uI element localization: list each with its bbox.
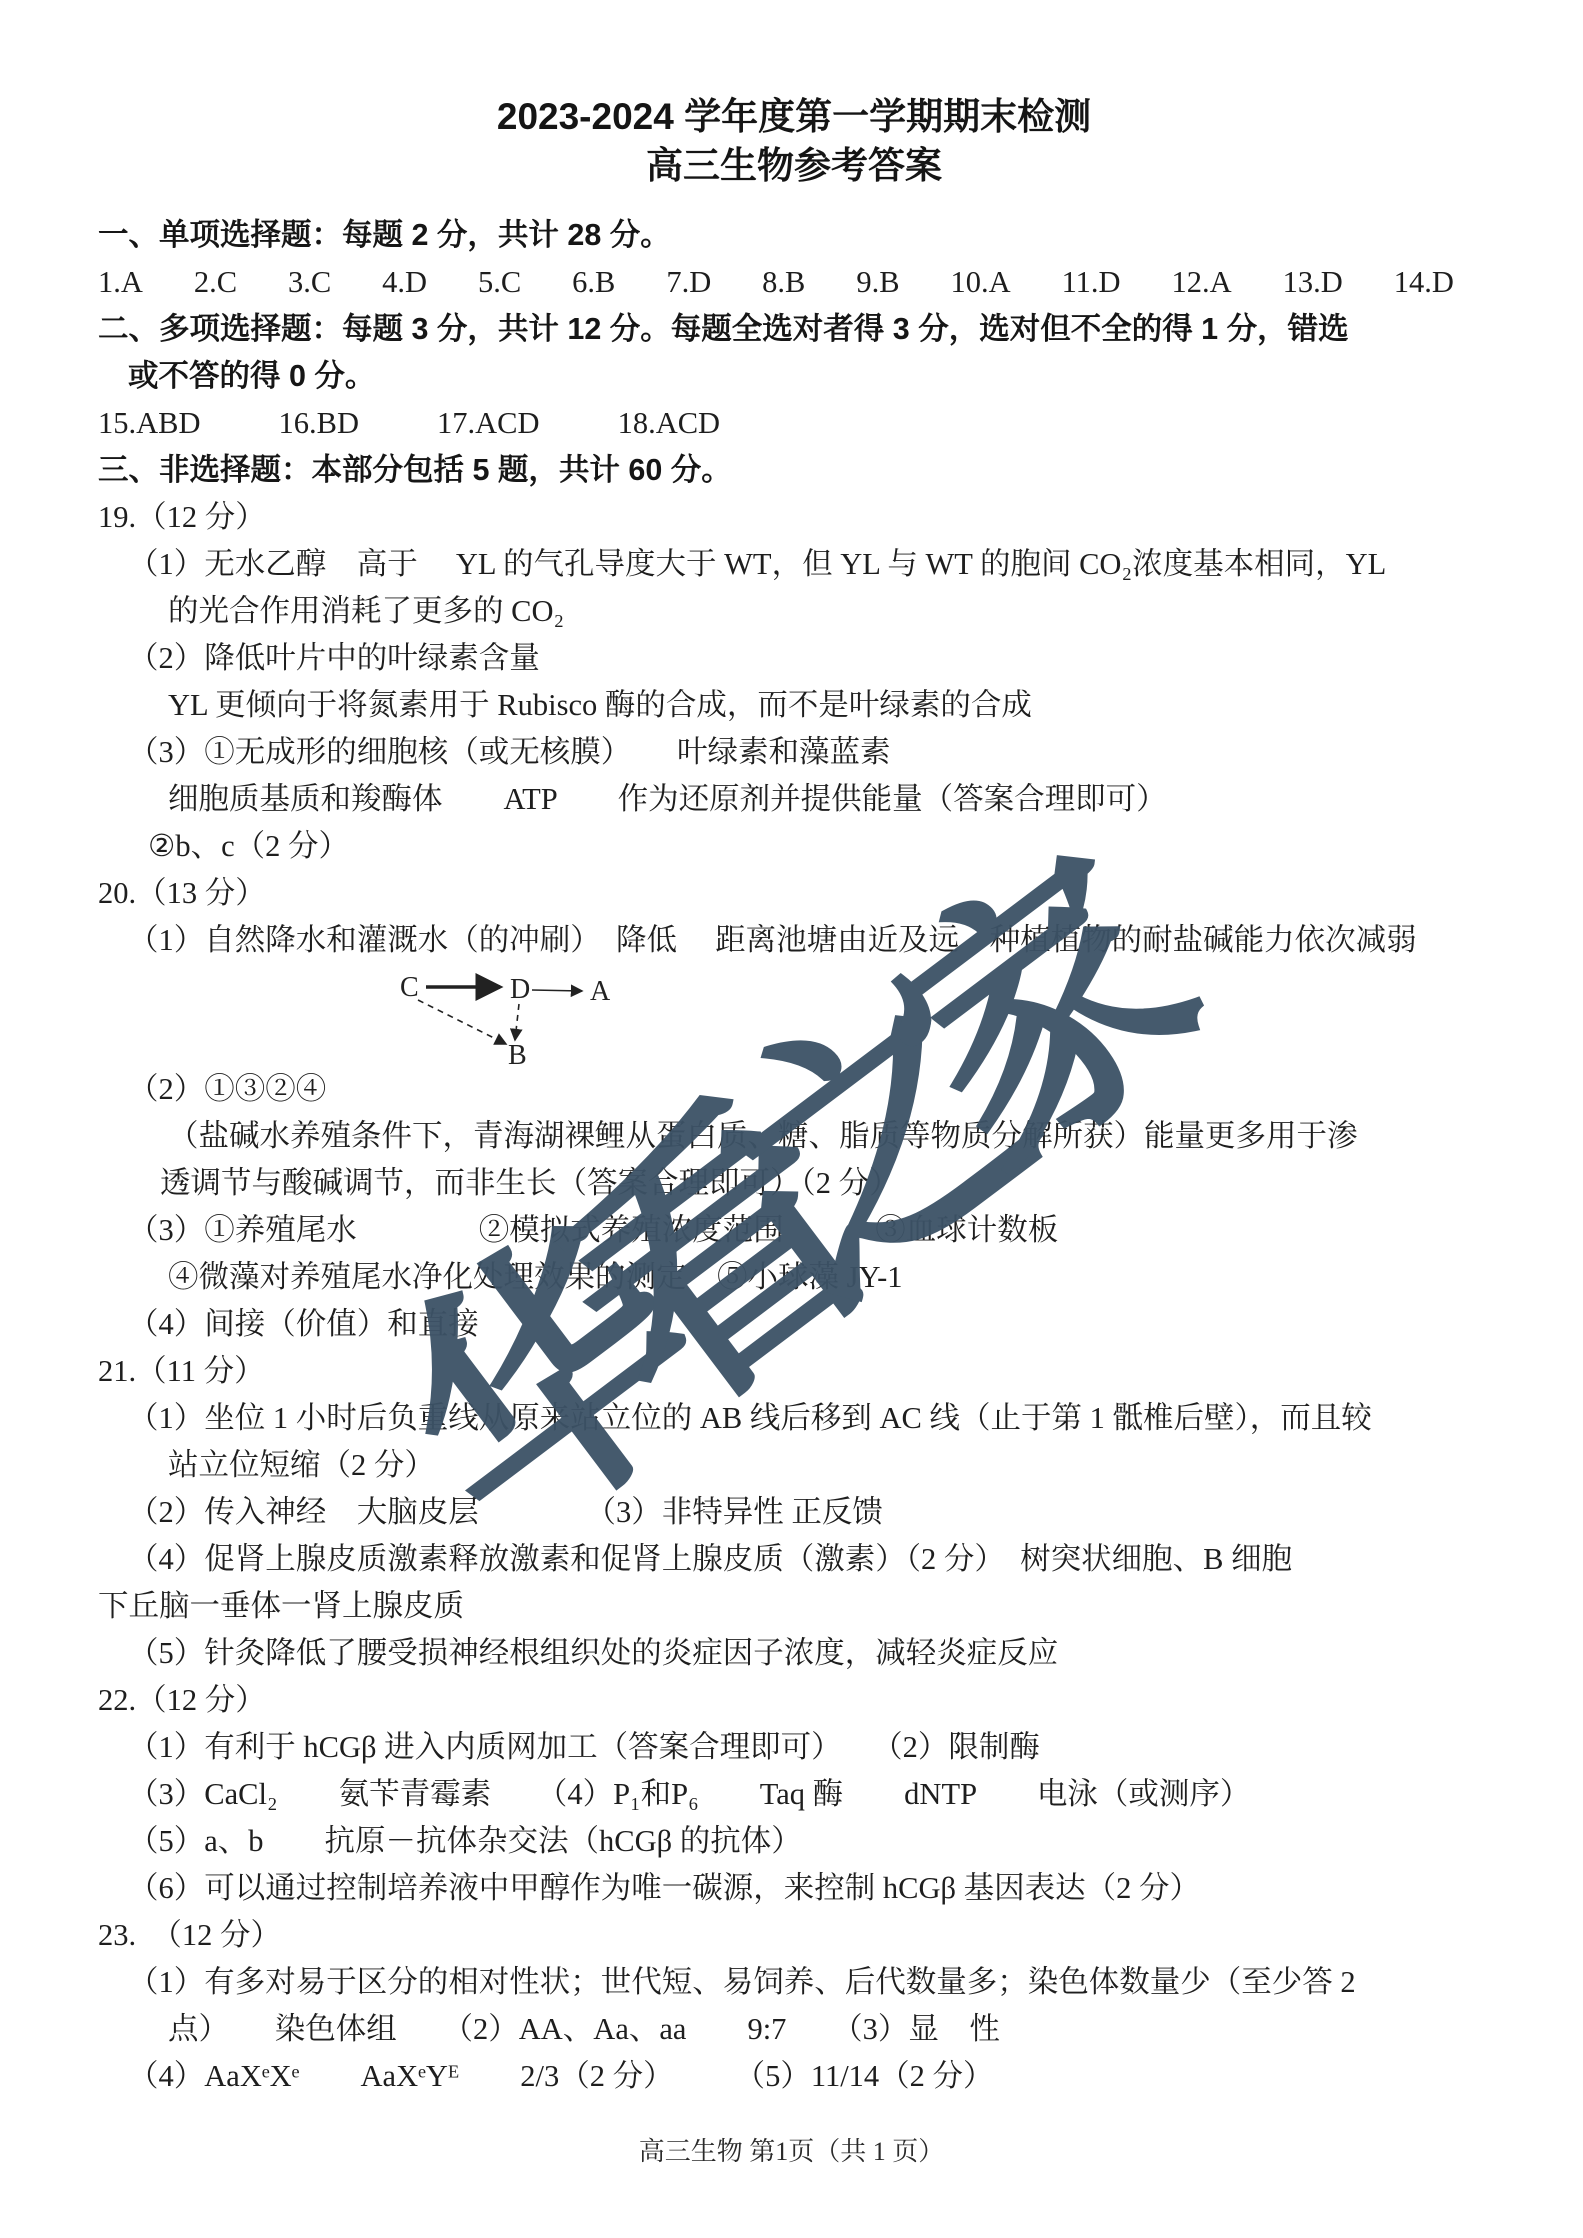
- diagram-node-b: B: [508, 1040, 527, 1071]
- q19-line: （2）降低叶片中的叶绿素含量: [98, 635, 1490, 682]
- q19-line: （1）无水乙醇 高于 YL 的气孔导度大于 WT，但 YL 与 WT 的胞间 C…: [98, 541, 1490, 588]
- answer-item: 7.D: [666, 259, 711, 306]
- page-footer: 高三生物 第1页（共 1 页）: [0, 2131, 1583, 2168]
- section2-heading-line2: 或不答的得 0 分。: [98, 353, 1490, 400]
- answer-body: 一、单项选择题：每题 2 分，共计 28 分。 1.A 2.C 3.C 4.D …: [98, 212, 1490, 2100]
- q21-line: （2）传入神经 大脑皮层 （3）非特异性 正反馈: [98, 1489, 1490, 1536]
- answer-item: 4.D: [382, 259, 427, 306]
- answer-item: 6.B: [572, 259, 615, 306]
- single-choice-answers: 1.A 2.C 3.C 4.D 5.C 6.B 7.D 8.B 9.B 10.A…: [98, 259, 1490, 306]
- q19-line: YL 更倾向于将氮素用于 Rubisco 酶的合成，而不是叶绿素的合成: [98, 682, 1490, 729]
- q21-line: （4）促肾上腺皮质激素释放激素和促肾上腺皮质（激素）（2 分） 树突状细胞、B …: [98, 1536, 1490, 1583]
- diagram-arrow-c-b: [418, 1000, 506, 1044]
- answer-item: 1.A: [98, 259, 143, 306]
- answer-item: 16.BD: [279, 400, 360, 447]
- q23-head: 23. （12 分）: [98, 1912, 1490, 1959]
- answer-item: 12.A: [1172, 259, 1232, 306]
- q20-line: （3）①养殖尾水 ②模拟式养殖浓度范围 ③血球计数板: [98, 1207, 1490, 1254]
- answer-item: 13.D: [1283, 259, 1343, 306]
- document-content: 2023-2024 学年度第一学期期末检测 高三生物参考答案 一、单项选择题：每…: [0, 0, 1583, 2100]
- diagram-node-a: A: [590, 976, 611, 1007]
- q21-head: 21.（11 分）: [98, 1348, 1490, 1395]
- q23-line: （4）AaXᵉXᵉ AaXᵉYᴱ 2/3（2 分） （5）11/14（2 分）: [98, 2053, 1490, 2100]
- q23-line: （1）有多对易于区分的相对性状；世代短、易饲养、后代数量多；染色体数量少（至少答…: [98, 1959, 1490, 2006]
- q19-head: 19.（12 分）: [98, 494, 1490, 541]
- q21-line: 站立位短缩（2 分）: [98, 1442, 1490, 1489]
- q19-line: ②b、c（2 分）: [98, 823, 1490, 870]
- diagram-arrow-d-b: [515, 1004, 519, 1040]
- q20-line: （2）①③②④: [98, 1066, 1490, 1113]
- title-block: 2023-2024 学年度第一学期期末检测 高三生物参考答案: [98, 92, 1490, 190]
- section2-heading-line1: 二、多项选择题：每题 3 分，共计 12 分。每题全选对者得 3 分，选对但不全…: [98, 306, 1490, 353]
- answer-item: 2.C: [194, 259, 237, 306]
- q19-line: （3）①无成形的细胞核（或无核膜） 叶绿素和藻蓝素: [98, 729, 1490, 776]
- section3-heading: 三、非选择题：本部分包括 5 题，共计 60 分。: [98, 447, 1490, 494]
- section1-heading: 一、单项选择题：每题 2 分，共计 28 分。: [98, 212, 1490, 259]
- q22-head: 22.（12 分）: [98, 1677, 1490, 1724]
- multi-choice-answers: 15.ABD 16.BD 17.ACD 18.ACD: [98, 400, 1490, 447]
- page: 2023-2024 学年度第一学期期末检测 高三生物参考答案 一、单项选择题：每…: [0, 0, 1583, 2238]
- q20-line: （盐碱水养殖条件下，青海湖裸鲤从蛋白质、糖、脂质等物质分解所获）能量更多用于渗: [98, 1113, 1490, 1160]
- q22-line: （5）a、b 抗原－抗体杂交法（hCGβ 的抗体）: [98, 1818, 1490, 1865]
- answer-item: 17.ACD: [437, 400, 540, 447]
- diagram-arrow-d-a: [532, 990, 582, 991]
- diagram-node-c: C: [400, 972, 419, 1003]
- answer-item: 11.D: [1062, 259, 1121, 306]
- q23-line: 点） 染色体组 （2）AA、Aa、aa 9:7 （3）显 性: [98, 2006, 1490, 2053]
- q20-head: 20.（13 分）: [98, 870, 1490, 917]
- answer-item: 18.ACD: [618, 400, 721, 447]
- q22-line: （6）可以通过控制培养液中甲醇作为唯一碳源，来控制 hCGβ 基因表达（2 分）: [98, 1865, 1490, 1912]
- answer-item: 15.ABD: [98, 400, 201, 447]
- q21-line: 下丘脑一垂体一肾上腺皮质: [98, 1583, 1490, 1630]
- answer-item: 14.D: [1394, 259, 1454, 306]
- answer-item: 9.B: [856, 259, 899, 306]
- q21-line: （5）针灸降低了腰受损神经根组织处的炎症因子浓度，减轻炎症反应: [98, 1630, 1490, 1677]
- q19-line: 的光合作用消耗了更多的 CO₂: [98, 588, 1490, 635]
- q22-line: （1）有利于 hCGβ 进入内质网加工（答案合理即可） （2）限制酶: [98, 1724, 1490, 1771]
- q19-line: 细胞质基质和羧酶体 ATP 作为还原剂并提供能量（答案合理即可）: [98, 776, 1490, 823]
- answer-item: 3.C: [288, 259, 331, 306]
- diagram-node-d: D: [510, 974, 530, 1005]
- q20-line: 透调节与酸碱调节，而非生长（答案合理即可）（2 分）: [98, 1160, 1490, 1207]
- answer-item: 5.C: [478, 259, 521, 306]
- q20-line: ④微藻对养殖尾水净化处理效果的测定 ⑤小球藻 JY-1: [98, 1254, 1490, 1301]
- title-line-1: 2023-2024 学年度第一学期期末检测: [98, 92, 1490, 141]
- answer-item: 10.A: [950, 259, 1010, 306]
- q20-line: （4）间接（价值）和直接: [98, 1301, 1490, 1348]
- q22-line: （3）CaCl₂ 氨苄青霉素 （4）P₁和P₆ Taq 酶 dNTP 电泳（或测…: [98, 1771, 1490, 1818]
- q20-line: （1）自然降水和灌溉水（的冲刷） 降低 距离池塘由近及远 种植植物的耐盐碱能力依…: [98, 917, 1490, 964]
- q21-line: （1）坐位 1 小时后负重线从原来站立位的 AB 线后移到 AC 线（止于第 1…: [98, 1395, 1490, 1442]
- answer-item: 8.B: [762, 259, 805, 306]
- q20-diagram: C D A B: [398, 966, 1490, 1066]
- title-line-2: 高三生物参考答案: [98, 141, 1490, 190]
